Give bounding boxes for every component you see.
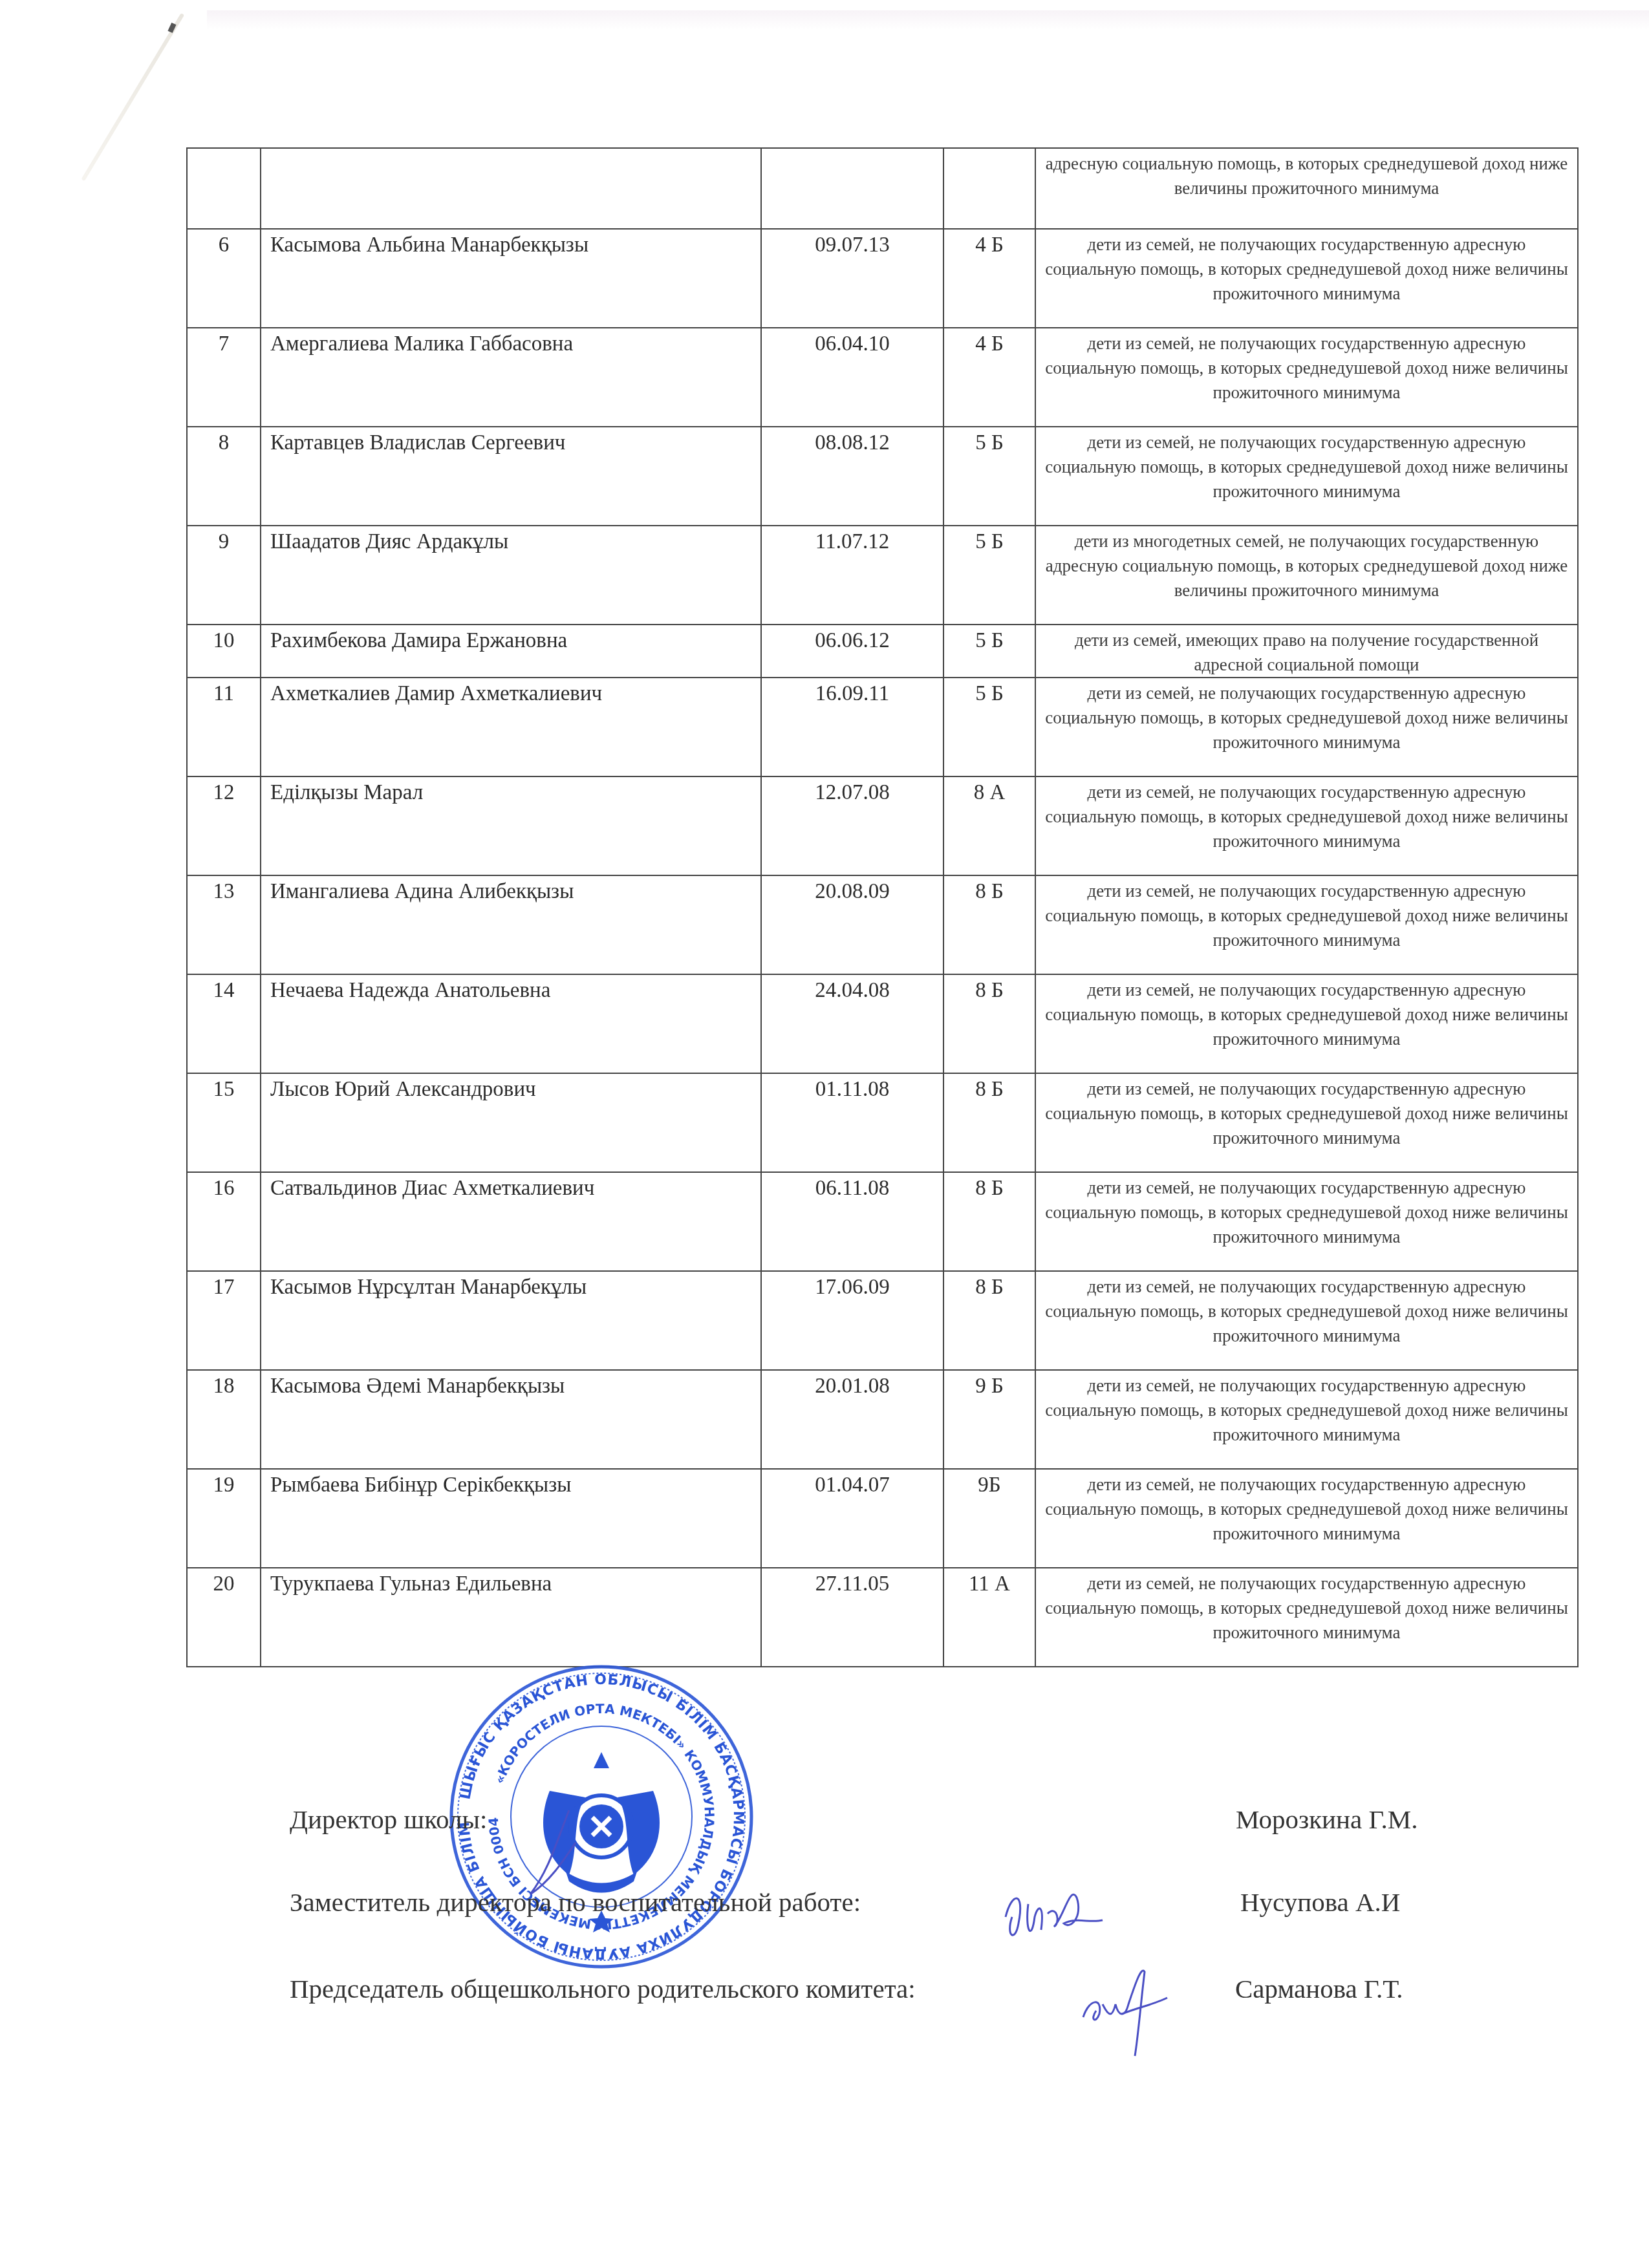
cell-name: Рахимбекова Дамира Ержановна bbox=[261, 625, 761, 678]
cell-name: Нечаева Надежда Анатольевна bbox=[261, 974, 761, 1073]
cell-class: 9Б bbox=[943, 1469, 1035, 1568]
signature-name: Морозкина Г.М. bbox=[1236, 1804, 1417, 1835]
cell-description: дети из семей, не получающих государстве… bbox=[1035, 229, 1578, 328]
signature-name: Нусупова А.И bbox=[1240, 1887, 1400, 1918]
beneficiaries-table: адресную социальную помощь, в которых ср… bbox=[186, 147, 1579, 1667]
scan-crease-artifact bbox=[81, 13, 184, 181]
cell-class: 8 Б bbox=[943, 1271, 1035, 1370]
cell-class: 8 Б bbox=[943, 1172, 1035, 1271]
deputy-signature-icon bbox=[999, 1878, 1115, 1956]
table-row: 6Касымова Альбина Манарбекқызы09.07.134 … bbox=[187, 229, 1578, 328]
cell-description: адресную социальную помощь, в которых ср… bbox=[1035, 148, 1578, 229]
table-row: 14Нечаева Надежда Анатольевна24.04.088 Б… bbox=[187, 974, 1578, 1073]
scan-tint bbox=[207, 10, 1649, 30]
table-row: 12Еділқызы Марал12.07.088 Адети из семей… bbox=[187, 776, 1578, 875]
cell-description: дети из семей, имеющих право на получени… bbox=[1035, 625, 1578, 678]
cell-dob: 09.07.13 bbox=[761, 229, 943, 328]
cell-class: 5 Б bbox=[943, 625, 1035, 678]
cell-description: дети из семей, не получающих государстве… bbox=[1035, 1370, 1578, 1469]
cell-name: Касымова Әдемі Манарбекқызы bbox=[261, 1370, 761, 1469]
cell-num: 19 bbox=[187, 1469, 261, 1568]
table-row: 11Ахметкалиев Дамир Ахметкалиевич16.09.1… bbox=[187, 678, 1578, 776]
cell-num: 18 bbox=[187, 1370, 261, 1469]
cell-dob: 16.09.11 bbox=[761, 678, 943, 776]
cell-class: 8 Б bbox=[943, 974, 1035, 1073]
cell-name: Имангалиева Адина Алибекқызы bbox=[261, 875, 761, 974]
cell-name: Касымов Нұрсұлтан Манарбекұлы bbox=[261, 1271, 761, 1370]
cell-num: 7 bbox=[187, 328, 261, 427]
cell-dob: 01.04.07 bbox=[761, 1469, 943, 1568]
cell-num: 12 bbox=[187, 776, 261, 875]
cell-num: 6 bbox=[187, 229, 261, 328]
cell-num: 10 bbox=[187, 625, 261, 678]
cell-num: 8 bbox=[187, 427, 261, 526]
cell-description: дети из многодетных семей, не получающих… bbox=[1035, 526, 1578, 625]
table-body: адресную социальную помощь, в которых ср… bbox=[187, 148, 1578, 1667]
cell-class: 11 А bbox=[943, 1568, 1035, 1667]
cell-num bbox=[187, 148, 261, 229]
cell-description: дети из семей, не получающих государстве… bbox=[1035, 1073, 1578, 1172]
cell-class: 5 Б bbox=[943, 526, 1035, 625]
signature-role: Директор школы: bbox=[290, 1804, 487, 1834]
cell-dob: 11.07.12 bbox=[761, 526, 943, 625]
cell-description: дети из семей, не получающих государстве… bbox=[1035, 974, 1578, 1073]
table-row-continuation: адресную социальную помощь, в которых ср… bbox=[187, 148, 1578, 229]
table-row: 18Касымова Әдемі Манарбекқызы20.01.089 Б… bbox=[187, 1370, 1578, 1469]
signature-row-parent-committee: Председатель общешкольного родительского… bbox=[290, 1973, 916, 2004]
cell-class: 9 Б bbox=[943, 1370, 1035, 1469]
cell-dob: 27.11.05 bbox=[761, 1568, 943, 1667]
cell-class bbox=[943, 148, 1035, 229]
cell-num: 9 bbox=[187, 526, 261, 625]
cell-dob: 06.06.12 bbox=[761, 625, 943, 678]
director-signature-icon bbox=[491, 1804, 608, 1901]
cell-num: 16 bbox=[187, 1172, 261, 1271]
cell-description: дети из семей, не получающих государстве… bbox=[1035, 875, 1578, 974]
cell-dob: 20.01.08 bbox=[761, 1370, 943, 1469]
cell-name bbox=[261, 148, 761, 229]
cell-description: дети из семей, не получающих государстве… bbox=[1035, 1469, 1578, 1568]
cell-num: 20 bbox=[187, 1568, 261, 1667]
table-row: 10Рахимбекова Дамира Ержановна06.06.125 … bbox=[187, 625, 1578, 678]
chair-signature-icon bbox=[1077, 1959, 1174, 2062]
cell-description: дети из семей, не получающих государстве… bbox=[1035, 328, 1578, 427]
cell-description: дети из семей, не получающих государстве… bbox=[1035, 678, 1578, 776]
cell-class: 5 Б bbox=[943, 427, 1035, 526]
cell-class: 4 Б bbox=[943, 328, 1035, 427]
table-row: 15Лысов Юрий Александрович01.11.088 Бдет… bbox=[187, 1073, 1578, 1172]
table-row: 19Рымбаева Бибінұр Серікбекқызы01.04.079… bbox=[187, 1469, 1578, 1568]
cell-num: 11 bbox=[187, 678, 261, 776]
cell-description: дети из семей, не получающих государстве… bbox=[1035, 1172, 1578, 1271]
cell-num: 17 bbox=[187, 1271, 261, 1370]
cell-class: 8 А bbox=[943, 776, 1035, 875]
cell-name: Картавцев Владислав Сергеевич bbox=[261, 427, 761, 526]
cell-dob: 12.07.08 bbox=[761, 776, 943, 875]
cell-dob: 06.11.08 bbox=[761, 1172, 943, 1271]
cell-name: Лысов Юрий Александрович bbox=[261, 1073, 761, 1172]
cell-description: дети из семей, не получающих государстве… bbox=[1035, 1568, 1578, 1667]
table-row: 8Картавцев Владислав Сергеевич08.08.125 … bbox=[187, 427, 1578, 526]
cell-name: Сатвальдинов Диас Ахметкалиевич bbox=[261, 1172, 761, 1271]
cell-name: Шаадатов Дияс Ардакұлы bbox=[261, 526, 761, 625]
cell-name: Ахметкалиев Дамир Ахметкалиевич bbox=[261, 678, 761, 776]
cell-name: Рымбаева Бибінұр Серікбекқызы bbox=[261, 1469, 761, 1568]
cell-dob: 20.08.09 bbox=[761, 875, 943, 974]
cell-name: Еділқызы Марал bbox=[261, 776, 761, 875]
cell-num: 14 bbox=[187, 974, 261, 1073]
table-row: 9Шаадатов Дияс Ардакұлы11.07.125 Бдети и… bbox=[187, 526, 1578, 625]
signature-role: Председатель общешкольного родительского… bbox=[290, 1974, 916, 2004]
cell-description: дети из семей, не получающих государстве… bbox=[1035, 427, 1578, 526]
table-row: 7Амергалиева Малика Габбасовна06.04.104 … bbox=[187, 328, 1578, 427]
cell-dob: 01.11.08 bbox=[761, 1073, 943, 1172]
cell-class: 8 Б bbox=[943, 1073, 1035, 1172]
cell-class: 5 Б bbox=[943, 678, 1035, 776]
signature-row-director: Директор школы: bbox=[290, 1804, 487, 1835]
table-row: 20Турукпаева Гульназ Едильевна27.11.0511… bbox=[187, 1568, 1578, 1667]
cell-num: 13 bbox=[187, 875, 261, 974]
cell-dob: 06.04.10 bbox=[761, 328, 943, 427]
cell-name: Турукпаева Гульназ Едильевна bbox=[261, 1568, 761, 1667]
cell-class: 4 Б bbox=[943, 229, 1035, 328]
cell-dob: 08.08.12 bbox=[761, 427, 943, 526]
cell-dob bbox=[761, 148, 943, 229]
cell-class: 8 Б bbox=[943, 875, 1035, 974]
table-row: 16Сатвальдинов Диас Ахметкалиевич06.11.0… bbox=[187, 1172, 1578, 1271]
signature-name: Сарманова Г.Т. bbox=[1235, 1973, 1403, 2004]
table-row: 17Касымов Нұрсұлтан Манарбекұлы17.06.098… bbox=[187, 1271, 1578, 1370]
cell-dob: 24.04.08 bbox=[761, 974, 943, 1073]
cell-description: дети из семей, не получающих государстве… bbox=[1035, 1271, 1578, 1370]
cell-name: Касымова Альбина Манарбекқызы bbox=[261, 229, 761, 328]
cell-name: Амергалиева Малика Габбасовна bbox=[261, 328, 761, 427]
table-row: 13Имангалиева Адина Алибекқызы20.08.098 … bbox=[187, 875, 1578, 974]
cell-description: дети из семей, не получающих государстве… bbox=[1035, 776, 1578, 875]
cell-num: 15 bbox=[187, 1073, 261, 1172]
cell-dob: 17.06.09 bbox=[761, 1271, 943, 1370]
